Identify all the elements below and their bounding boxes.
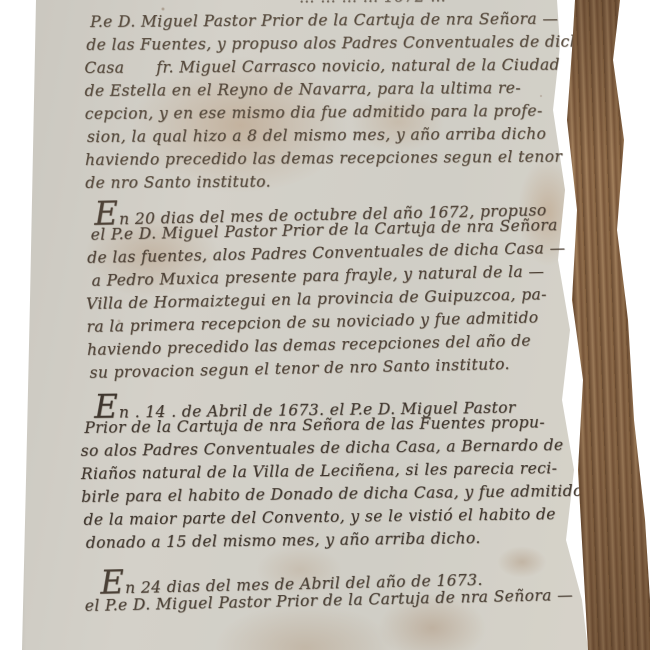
manuscript-entry-3: En . 14 . de Abril de 1673. el P.e D. Mi… (80, 390, 584, 557)
manuscript-entry-2: En 20 dias del mes de octubre del año 16… (84, 193, 568, 387)
manuscript-entry-1: … … … … 1672 … P.e D. Miguel Pastor Prio… (84, 0, 612, 197)
manuscript-photo: … … … … 1672 … P.e D. Miguel Pastor Prio… (0, 0, 650, 650)
